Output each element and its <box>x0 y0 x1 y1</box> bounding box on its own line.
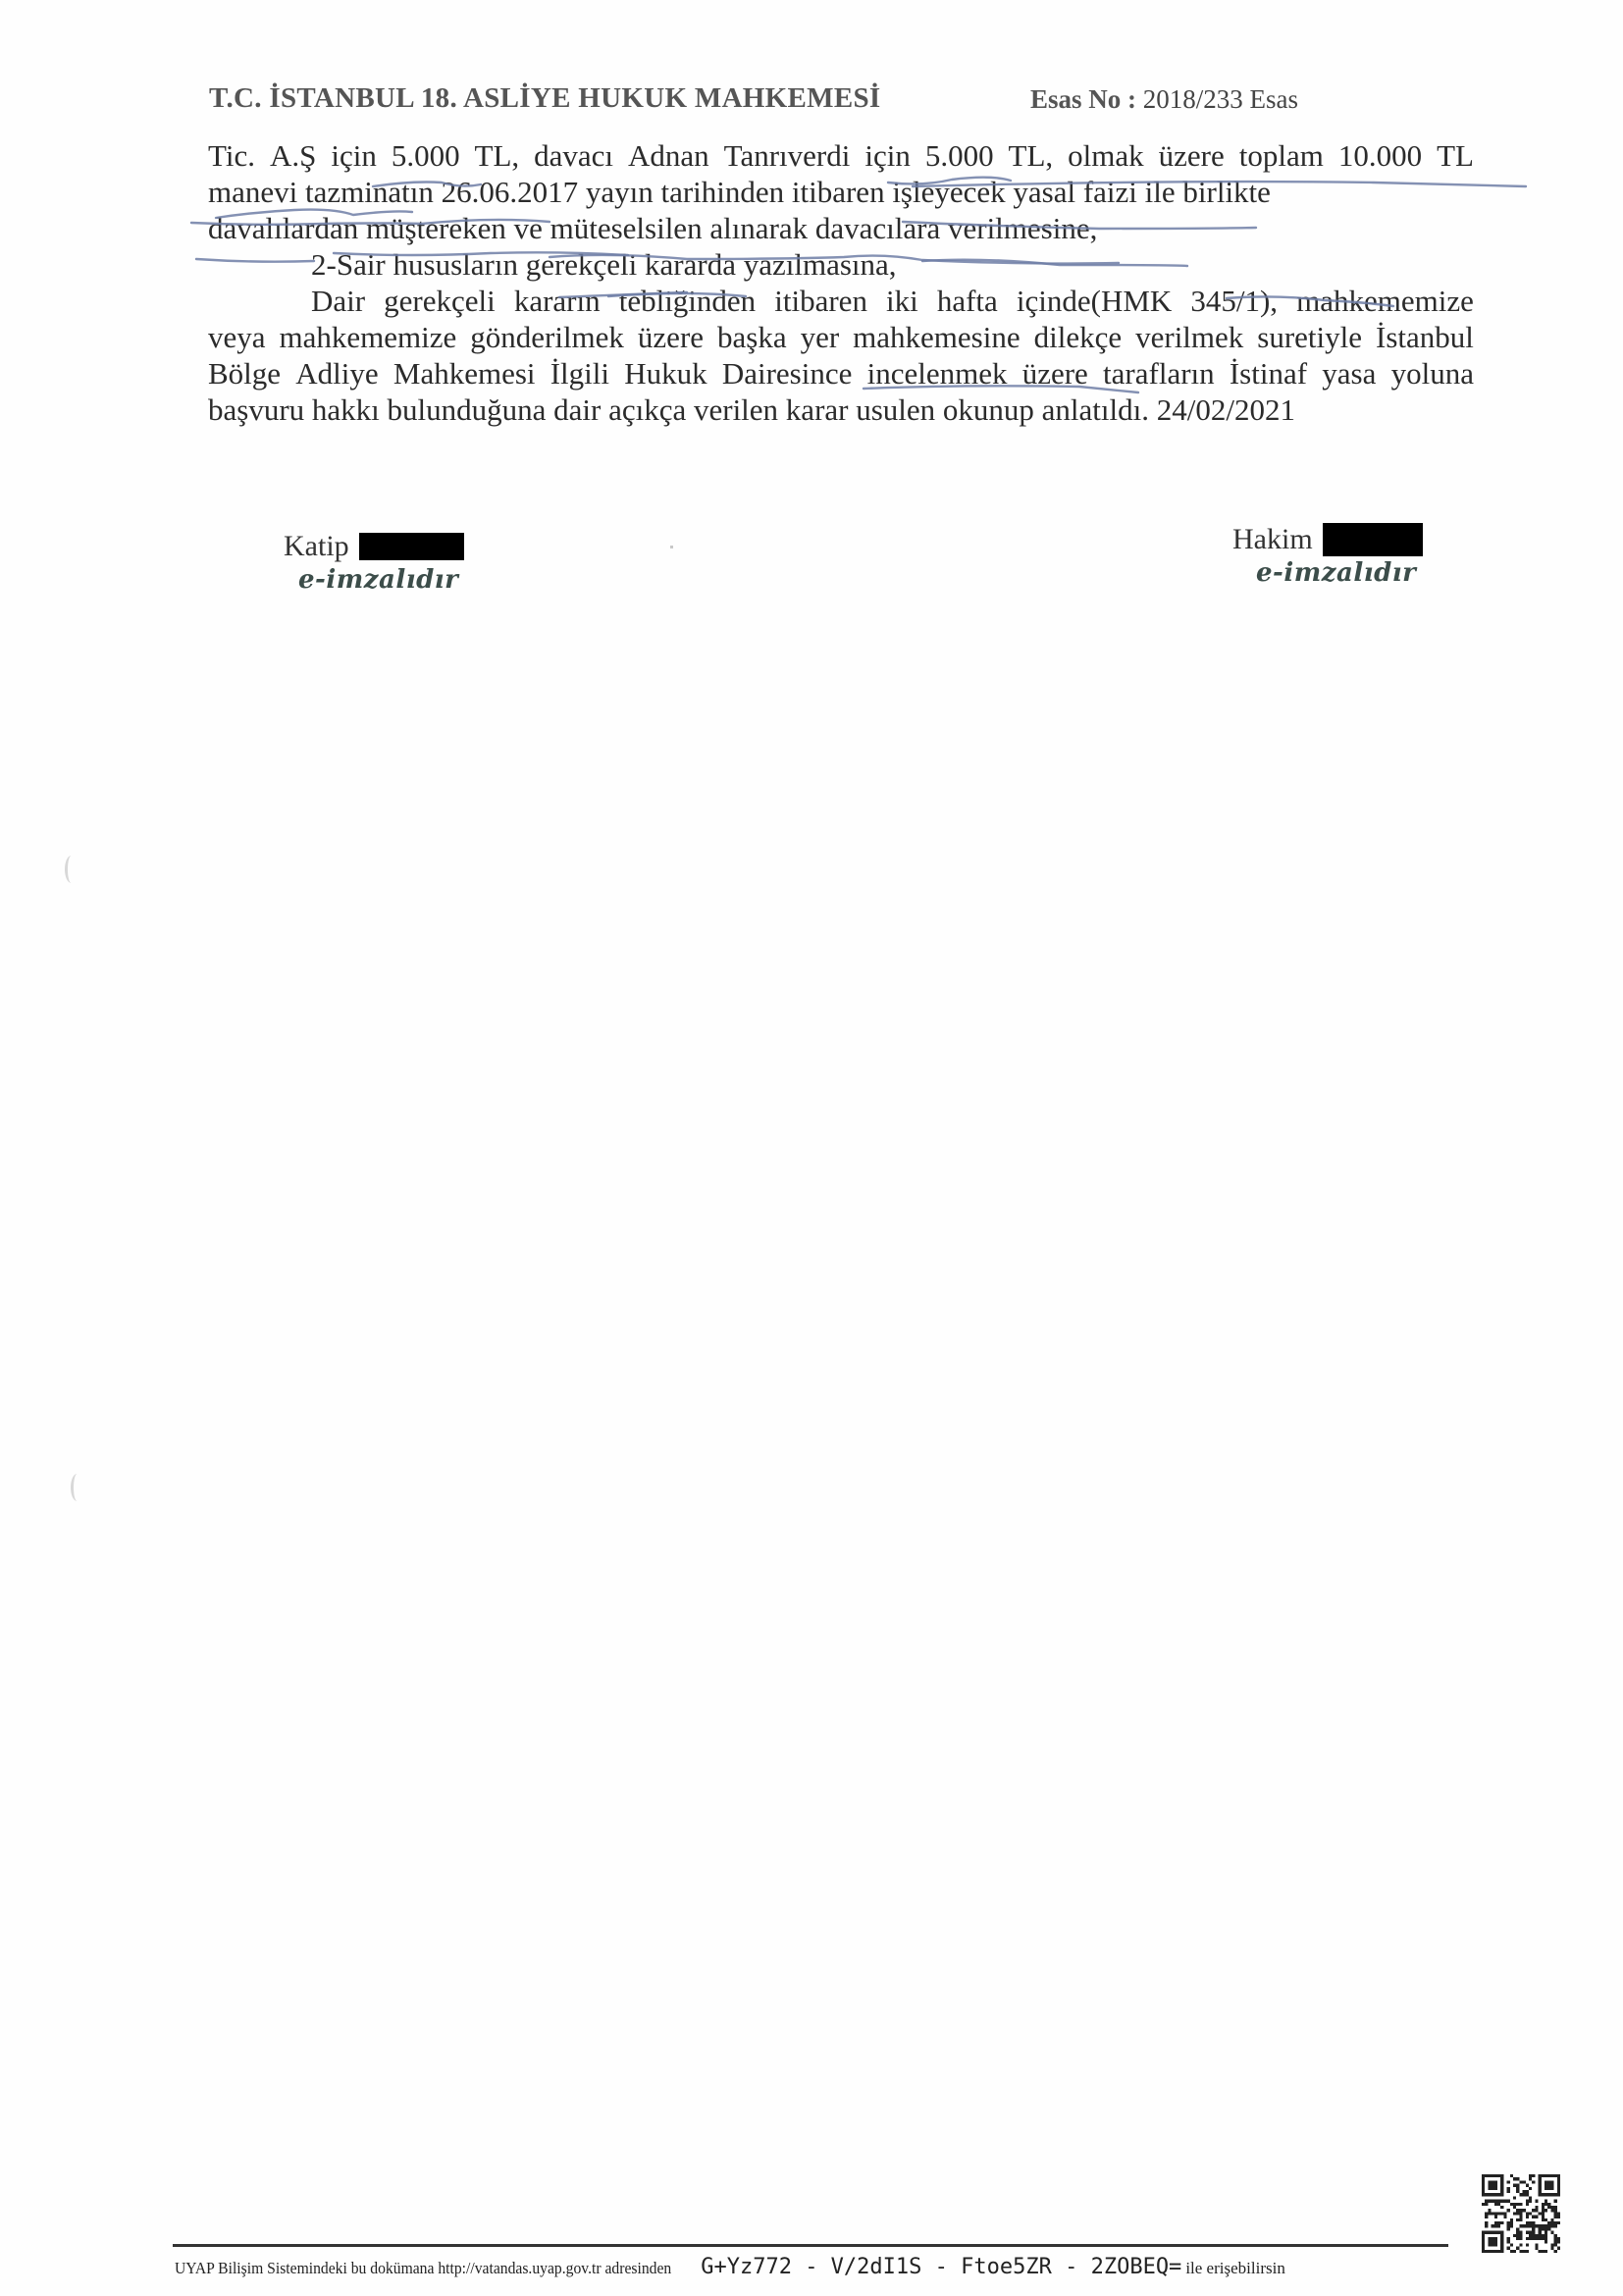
body-word: Hukuk <box>624 355 707 391</box>
body-word: Tic. <box>208 137 255 174</box>
body-word: mahkememize <box>280 319 457 355</box>
body-word: 10.000 <box>1338 137 1422 174</box>
judge-name-redaction <box>1323 523 1423 556</box>
body-word: verilmek <box>1135 319 1243 355</box>
clerk-signature: Katip e-imzalıdır <box>284 530 464 595</box>
judge-esign-label: e-imzalıdır <box>1256 558 1423 588</box>
body-word: Dair <box>311 283 365 319</box>
body-word: Adliye <box>295 355 378 391</box>
body-word: gerekçeli <box>384 283 496 319</box>
judge-signature: Hakim e-imzalıdır <box>1232 523 1423 588</box>
body-word: Mahkemesi <box>393 355 536 391</box>
body-word: incelenmek <box>867 355 1008 391</box>
footer-access-code: G+Yz772 - V/2dI1S - Ftoe5ZR - 2ZOBEQ= <box>701 2255 1181 2279</box>
body-word: başka <box>717 319 787 355</box>
clerk-name-redaction <box>359 533 464 560</box>
clerk-esign-label: e-imzalıdır <box>298 565 464 595</box>
body-word: üzere <box>1022 355 1088 391</box>
body-word: için <box>331 137 377 174</box>
body-word: kararın <box>514 283 601 319</box>
body-word: itibaren <box>774 283 867 319</box>
document-page: T.C. İSTANBUL 18. ASLİYE HUKUK MAHKEMESİ… <box>0 0 1623 2296</box>
body-line-4: 2-Sair hususların gerekçeli kararda yazı… <box>208 246 1474 283</box>
body-word: üzere <box>1159 137 1225 174</box>
body-word: veya <box>208 319 266 355</box>
qr-code-icon[interactable] <box>1482 2174 1560 2253</box>
body-word: suretiyle <box>1257 319 1362 355</box>
clerk-role-label: Katip <box>284 530 349 563</box>
body-word: tebliğinden <box>619 283 756 319</box>
body-word: 5.000 <box>925 137 994 174</box>
body-word: üzere <box>638 319 704 355</box>
body-word: İlgili <box>550 355 609 391</box>
court-title: T.C. İSTANBUL 18. ASLİYE HUKUK MAHKEMESİ <box>209 82 881 115</box>
body-line-2: manevi tazminatın 26.06.2017 yayın tarih… <box>208 174 1474 210</box>
body-line-6: veyamahkememizegönderilmeküzerebaşkayerm… <box>208 319 1474 355</box>
body-word: olmak <box>1068 137 1144 174</box>
body-word: Bölge <box>208 355 281 391</box>
body-word: toplam <box>1239 137 1324 174</box>
body-word: yer <box>801 319 840 355</box>
body-word: yoluna <box>1391 355 1474 391</box>
scan-dot <box>670 546 673 548</box>
body-word: İstinaf <box>1230 355 1307 391</box>
body-word: dilekçe <box>1034 319 1123 355</box>
body-word: A.Ş <box>270 137 316 174</box>
body-word: Dairesince <box>722 355 853 391</box>
body-word: TL, <box>1009 137 1054 174</box>
body-word: 345/1), <box>1190 283 1278 319</box>
body-word: mahkememize <box>1296 283 1474 319</box>
body-word: için <box>864 137 911 174</box>
footer-rule <box>173 2244 1448 2247</box>
body-line-5: Dairgerekçelikararıntebliğindenitibareni… <box>208 283 1474 319</box>
body-word: Adnan <box>628 137 709 174</box>
body-line-8: başvuru hakkı bulunduğuna dair açıkça ve… <box>208 391 1474 428</box>
body-word: İstanbul <box>1376 319 1474 355</box>
body-line-3: davalılardan müştereken ve müteselsilen … <box>208 210 1474 246</box>
footer-text: UYAP Bilişim Sistemindeki bu dokümana ht… <box>175 2259 671 2278</box>
body-word: 5.000 <box>392 137 460 174</box>
body-word: tarafların <box>1103 355 1215 391</box>
verdict-body: Tic.A.Şiçin5.000TL,davacıAdnanTanrıverdi… <box>208 137 1474 428</box>
body-word: Tanrıverdi <box>724 137 851 174</box>
body-word: yasa <box>1322 355 1376 391</box>
footer-text-end: ile erişebilirsin <box>1185 2259 1285 2277</box>
body-word: mahkemesine <box>853 319 1020 355</box>
body-line-1: Tic.A.Şiçin5.000TL,davacıAdnanTanrıverdi… <box>208 137 1474 174</box>
case-number-label: Esas No : <box>1030 84 1136 114</box>
body-word: iki <box>886 283 918 319</box>
body-word: TL <box>1437 137 1474 174</box>
body-line-7: BölgeAdliyeMahkemesiİlgiliHukukDairesinc… <box>208 355 1474 391</box>
body-word: davacı <box>534 137 613 174</box>
scan-mark <box>65 856 78 883</box>
body-word: hafta <box>937 283 998 319</box>
footer: UYAP Bilişim Sistemindeki bu dokümana ht… <box>175 2255 1285 2279</box>
body-word: gönderilmek <box>470 319 624 355</box>
case-number: Esas No : 2018/233 Esas <box>1030 84 1298 115</box>
judge-role-label: Hakim <box>1232 523 1313 556</box>
body-word: TL, <box>475 137 520 174</box>
body-word: içinde(HMK <box>1017 283 1172 319</box>
case-number-value: 2018/233 Esas <box>1143 84 1298 114</box>
scan-mark <box>71 1474 83 1501</box>
